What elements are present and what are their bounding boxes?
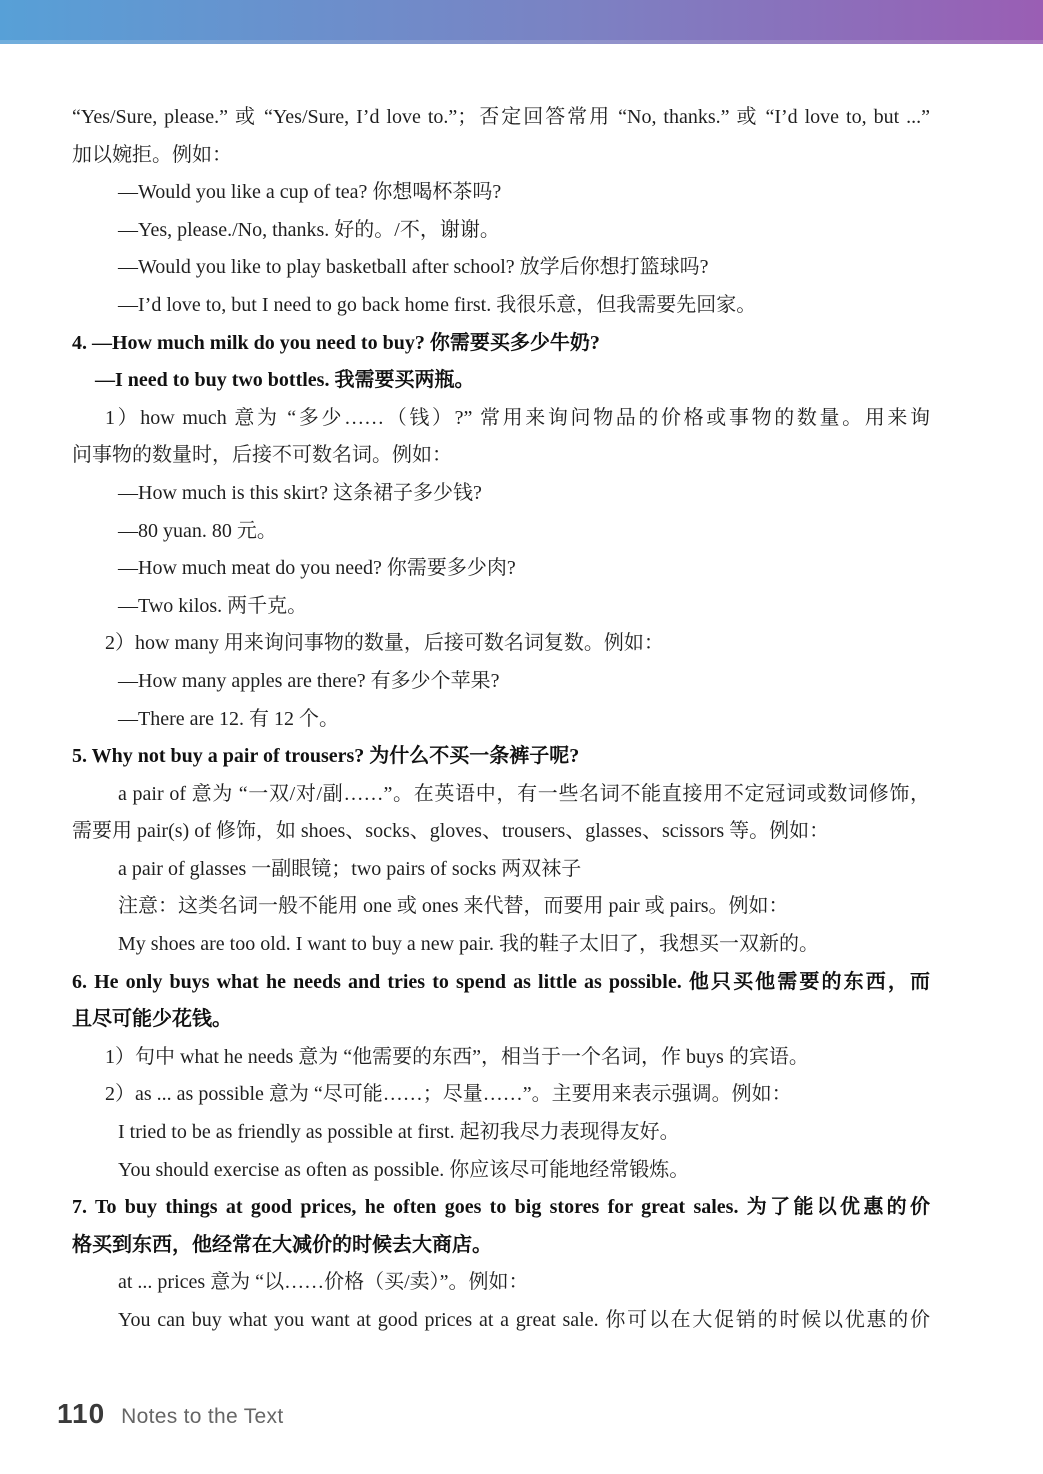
text-line: —How much meat do you need? 你需要多少肉? (72, 550, 930, 588)
text-line: —Would you like to play basketball after… (72, 249, 930, 287)
text-line: I tried to be as friendly as possible at… (72, 1114, 930, 1152)
text-line: “Yes/Sure, please.” 或 “Yes/Sure, I’d lov… (72, 99, 930, 137)
textbook-page: “Yes/Sure, please.” 或 “Yes/Sure, I’d lov… (0, 0, 1043, 1474)
text-line: —80 yuan. 80 元。 (72, 513, 930, 551)
text-line: —How many apples are there? 有多少个苹果? (72, 663, 930, 701)
text-line: 2）as ... as possible 意为 “尽可能……；尽量……”。主要用… (72, 1076, 930, 1114)
text-line: 注意：这类名词一般不能用 one 或 ones 来代替，而要用 pair 或 p… (72, 888, 930, 926)
text-line: at ... prices 意为 “以……价格（买/卖）”。例如： (72, 1264, 930, 1302)
text-line: You can buy what you want at good prices… (72, 1302, 930, 1340)
text-line: —Yes, please./No, thanks. 好的。/不，谢谢。 (72, 212, 930, 250)
text-line: 5. Why not buy a pair of trousers? 为什么不买… (72, 738, 930, 776)
text-line: —Would you like a cup of tea? 你想喝杯茶吗? (72, 174, 930, 212)
header-gradient-band (0, 40, 1043, 44)
text-line: —I need to buy two bottles. 我需要买两瓶。 (72, 362, 930, 400)
text-line: My shoes are too old. I want to buy a ne… (72, 926, 930, 964)
text-line: —How much is this skirt? 这条裙子多少钱? (72, 475, 930, 513)
text-line: 1）句中 what he needs 意为 “他需要的东西”，相当于一个名词，作… (72, 1039, 930, 1077)
text-line: 6. He only buys what he needs and tries … (72, 964, 930, 1002)
text-line: 4. —How much milk do you need to buy? 你需… (72, 325, 930, 363)
text-line: 且尽可能少花钱。 (72, 1001, 930, 1039)
text-line: 2）how many 用来询问事物的数量，后接可数名词复数。例如： (72, 625, 930, 663)
text-line: —I’d love to, but I need to go back home… (72, 287, 930, 325)
text-line: 格买到东西，他经常在大减价的时候去大商店。 (72, 1227, 930, 1265)
text-line: You should exercise as often as possible… (72, 1152, 930, 1190)
text-line: 问事物的数量时，后接不可数名词。例如： (72, 437, 930, 475)
notes-content: “Yes/Sure, please.” 或 “Yes/Sure, I’d lov… (72, 99, 930, 1340)
page-footer: 110 Notes to the Text (57, 1398, 283, 1430)
text-line: a pair of glasses 一副眼镜；two pairs of sock… (72, 851, 930, 889)
text-line: 1）how much 意为 “多少……（钱）?” 常用来询问物品的价格或事物的数… (72, 400, 930, 438)
text-line: —There are 12. 有 12 个。 (72, 701, 930, 739)
footer-section-title: Notes to the Text (121, 1405, 283, 1429)
header-gradient-bar (0, 0, 1043, 40)
page-number: 110 (57, 1398, 105, 1430)
text-line: 7. To buy things at good prices, he ofte… (72, 1189, 930, 1227)
text-line: 加以婉拒。例如： (72, 137, 930, 175)
text-line: a pair of 意为 “一双/对/副……”。在英语中，有一些名词不能直接用不… (72, 776, 930, 814)
text-line: —Two kilos. 两千克。 (72, 588, 930, 626)
text-line: 需要用 pair(s) of 修饰，如 shoes、socks、gloves、t… (72, 813, 930, 851)
